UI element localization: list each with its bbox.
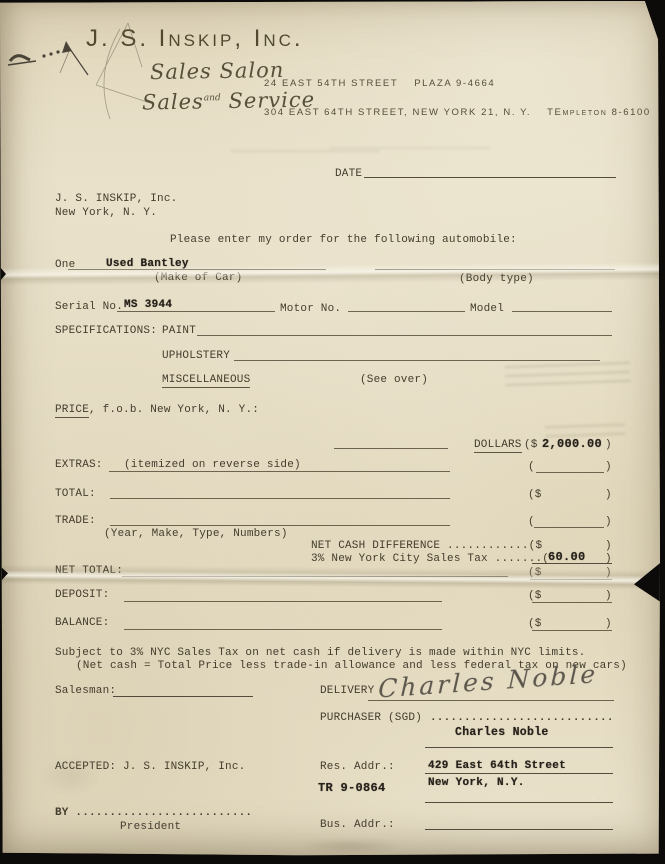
deposit-amount-line <box>532 602 612 603</box>
deposit-label: DEPOSIT: <box>55 589 109 601</box>
motor-line <box>348 311 465 312</box>
body-type-line <box>375 269 615 270</box>
deposit-open-paren: ($ <box>528 590 542 602</box>
bus-addr-label: Bus. Addr.: <box>320 819 395 831</box>
total-label: TOTAL: <box>55 488 96 500</box>
miscellaneous-underlined: MISCELLANEOUS <box>162 374 250 388</box>
res-addr-label: Res. Addr.: <box>320 761 395 773</box>
net-total-line <box>122 576 508 577</box>
paper-edge-notch-right <box>634 559 665 605</box>
upholstery-line <box>234 360 600 361</box>
price-heading: PRICE, f.o.b. New York, N. Y.: <box>55 404 259 416</box>
model-line <box>512 311 612 312</box>
extras-close-paren: ) <box>605 461 612 473</box>
trade-line <box>110 525 450 526</box>
paint-label: PAINT <box>162 325 196 337</box>
service-word-and: and <box>204 93 221 103</box>
deposit-line <box>124 601 442 602</box>
net-total-amount-line <box>530 579 612 580</box>
trade-amount-line <box>534 527 604 528</box>
paper-edge-notch-left <box>0 566 8 582</box>
sales-tax-line <box>532 563 612 564</box>
make-line <box>68 269 326 270</box>
service-address: 304 EAST 64TH STREET, NEW YORK 21, N. Y. <box>264 107 531 118</box>
body-type-caption: (Body type) <box>459 273 534 285</box>
net-cash-row: NET CASH DIFFERENCE ............($ <box>311 540 542 552</box>
paint-line <box>197 335 612 336</box>
sales-tax-value: 60.00 <box>548 551 586 563</box>
upholstery-label: UPHOLSTERY <box>162 350 230 362</box>
salon-phone: PLAZA 9-4664 <box>414 78 495 89</box>
net-total-label: NET TOTAL: <box>55 565 123 577</box>
order-form-paper: J. S. Inskip, Inc. Sales Salon 24 EAST 5… <box>0 1 662 857</box>
sales-tax-row: 3% New York City Sales Tax .......( <box>311 553 549 565</box>
purchaser-typed-name: Charles Noble <box>455 727 549 739</box>
price-heading-rest: , f.o.b. New York, N. Y.: <box>89 404 259 416</box>
addressee-line1: J. S. INSKIP, Inc. <box>55 193 177 205</box>
trade-label: TRADE: <box>55 515 96 527</box>
trade-note: (Year, Make, Type, Numbers) <box>104 528 288 540</box>
miscellaneous-label: MISCELLANEOUS <box>162 374 250 386</box>
net-total-close-paren: ) <box>605 567 612 579</box>
order-intro: Please enter my order for the following … <box>170 234 517 246</box>
extras-note: (itemized on reverse side) <box>124 459 301 471</box>
president-label: President <box>120 821 181 833</box>
phone-value: TR 9-0864 <box>318 782 386 794</box>
model-label: Model <box>470 303 504 315</box>
extras-amount-line <box>536 472 604 473</box>
purchaser-dots: ........................... <box>430 712 614 724</box>
net-cash-open-paren: ($ <box>529 540 543 552</box>
date-line <box>364 177 616 178</box>
service-address-line: 304 EAST 64TH STREET, NEW YORK 21, N. Y.… <box>264 107 651 118</box>
balance-open-paren: ($ <box>528 618 542 630</box>
date-label: DATE <box>335 168 362 180</box>
bleed-through-mark <box>230 145 380 155</box>
by-dots: .......................... <box>75 807 252 819</box>
service-phone: TEmpleton 8-6100 <box>547 107 651 118</box>
price-value: 2,000.00 <box>542 438 602 450</box>
res-addr-street: 429 East 64th Street <box>428 760 566 772</box>
delivery-label: DELIVERY <box>320 685 374 697</box>
bleed-through-mark <box>330 143 490 152</box>
scanned-document-frame: J. S. Inskip, Inc. Sales Salon 24 EAST 5… <box>0 0 665 864</box>
paper-edge-notch-left <box>0 267 6 281</box>
trade-close-paren: ) <box>605 516 612 528</box>
purchaser-label: PURCHASER (SGD) <box>320 712 422 724</box>
res-addr-bottom-line <box>425 802 613 803</box>
salesman-label: Salesman: <box>55 685 116 697</box>
terms-line1: Subject to 3% NYC Sales Tax on net cash … <box>55 647 585 659</box>
serial-value: MS 3944 <box>124 299 172 311</box>
dollars-underlined: DOLLARS <box>474 439 522 453</box>
sales-tax-close-paren: ) <box>605 553 612 565</box>
res-addr-top-line <box>425 747 613 748</box>
extras-line <box>109 471 450 472</box>
balance-label: BALANCE: <box>55 617 109 629</box>
smudge-mark <box>300 839 400 853</box>
res-addr-city: New York, N.Y. <box>428 777 525 789</box>
sales-tax-label: 3% New York City Sales Tax <box>311 553 495 565</box>
bus-addr-line <box>425 829 613 830</box>
balance-amount-line <box>532 630 612 631</box>
delivery-line <box>368 700 614 701</box>
total-open-paren: ($ <box>528 489 542 501</box>
deposit-close-paren: ) <box>605 590 612 602</box>
make-caption: (Make of Car) <box>154 272 242 284</box>
net-cash-close-paren: ) <box>605 540 612 552</box>
balance-line <box>124 629 442 630</box>
addressee-line2: New York, N. Y. <box>55 207 157 219</box>
ink-scribble-mark <box>0 15 170 125</box>
extras-label: EXTRAS: <box>55 459 103 471</box>
balance-close-paren: ) <box>605 618 612 630</box>
smudge-mark <box>40 756 100 796</box>
fold-crease-upper <box>0 262 665 286</box>
serial-line <box>117 311 275 312</box>
total-close-paren: ) <box>605 489 612 501</box>
amount-blank-line <box>334 448 448 449</box>
net-cash-dots: ............ <box>447 540 529 552</box>
net-total-open-paren: ($ <box>528 567 542 579</box>
by-row: BY .......................... <box>55 807 252 819</box>
price-close-paren: ) <box>605 439 612 451</box>
dollars-label: DOLLARS <box>474 439 522 451</box>
net-cash-label: NET CASH DIFFERENCE <box>311 540 447 552</box>
by-label: BY <box>55 807 75 819</box>
see-over-note: (See over) <box>360 374 428 386</box>
price-open-paren: ($ <box>524 439 538 451</box>
serial-label: Serial No. <box>55 301 123 313</box>
specifications-label: SPECIFICATIONS: <box>55 325 157 337</box>
motor-label: Motor No. <box>280 303 341 315</box>
total-line <box>110 498 450 499</box>
res-addr-street-line <box>425 773 613 774</box>
extras-open-paren: ( <box>528 461 535 473</box>
salesman-line <box>113 696 253 697</box>
price-word-underlined: PRICE <box>55 404 89 418</box>
